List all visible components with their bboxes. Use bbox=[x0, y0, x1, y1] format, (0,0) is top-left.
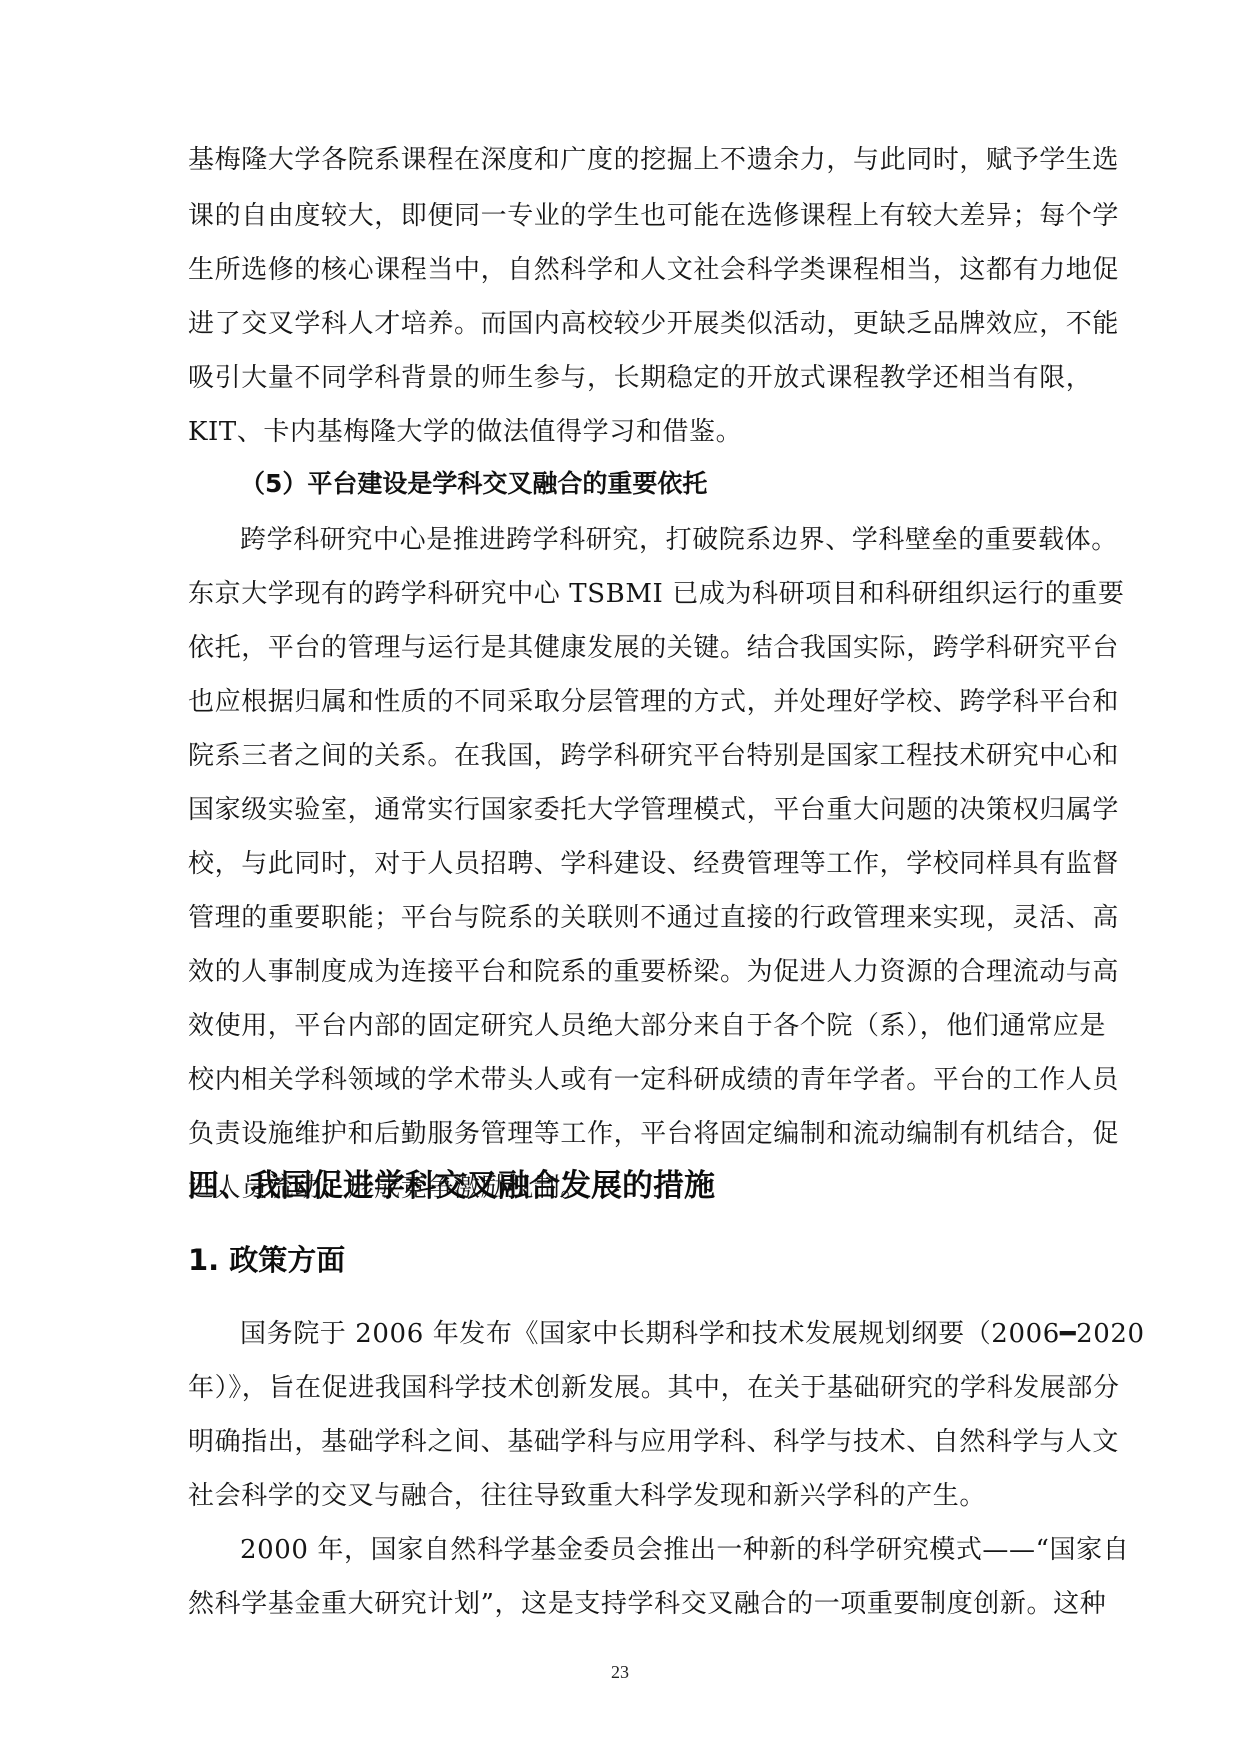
text-line: KIT、卡内基梅隆大学的做法值得学习和借鉴。 bbox=[188, 414, 1058, 450]
subheading-platform-construction: （5）平台建设是学科交叉融合的重要依托 bbox=[240, 466, 707, 502]
text-line: 国家级实验室，通常实行国家委托大学管理模式，平台重大问题的决策权归属学 bbox=[188, 792, 1058, 828]
text-line: 社会科学的交叉与融合，往往导致重大科学发现和新兴学科的产生。 bbox=[188, 1478, 1058, 1514]
text-line: 东京大学现有的跨学科研究中心 TSBMI 已成为科研项目和科研组织运行的重要 bbox=[188, 576, 1058, 612]
text-line: 负责设施维护和后勤服务管理等工作，平台将固定编制和流动编制有机结合，促 bbox=[188, 1116, 1058, 1152]
text-line: 跨学科研究中心是推进跨学科研究，打破院系边界、学科壁垒的重要载体。 bbox=[240, 522, 1058, 558]
text-line: 也应根据归属和性质的不同采取分层管理的方式，并处理好学校、跨学科平台和 bbox=[188, 684, 1058, 720]
text-line: 国务院于 2006 年发布《国家中长期科学和技术发展规划纲要（2006━2020 bbox=[240, 1316, 1058, 1352]
text-line: 院系三者之间的关系。在我国，跨学科研究平台特别是国家工程技术研究中心和 bbox=[188, 738, 1058, 774]
text-line: 吸引大量不同学科背景的师生参与，长期稳定的开放式课程教学还相当有限， bbox=[188, 360, 1058, 396]
text-line: 进了交叉学科人才培养。而国内高校较少开展类似活动，更缺乏品牌效应，不能 bbox=[188, 306, 1058, 342]
text-line: 校，与此同时，对于人员招聘、学科建设、经费管理等工作，学校同样具有监督 bbox=[188, 846, 1058, 882]
text-line: 课的自由度较大，即便同一专业的学生也可能在选修课程上有较大差异；每个学 bbox=[188, 198, 1058, 234]
section-heading: 四、我国促进学科交叉融合发展的措施 bbox=[188, 1164, 715, 1208]
document-page: 基梅隆大学各院系课程在深度和广度的挖掘上不遗余力，与此同时，赋予学生选 课的自由… bbox=[0, 0, 1240, 1753]
text-line: 生所选修的核心课程当中，自然科学和人文社会科学类课程相当，这都有力地促 bbox=[188, 252, 1058, 288]
text-line: 管理的重要职能；平台与院系的关联则不通过直接的行政管理来实现，灵活、高 bbox=[188, 900, 1058, 936]
text-line: 基梅隆大学各院系课程在深度和广度的挖掘上不遗余力，与此同时，赋予学生选 bbox=[188, 142, 1058, 178]
subsection-heading-policy: 1. 政策方面 bbox=[188, 1240, 345, 1280]
page-number: 23 bbox=[0, 1662, 1240, 1683]
text-line: 2000 年，国家自然科学基金委员会推出一种新的科学研究模式——“国家自 bbox=[240, 1532, 1058, 1568]
text-line: 然科学基金重大研究计划”，这是支持学科交叉融合的一项重要制度创新。这种 bbox=[188, 1586, 1058, 1622]
text-line: 明确指出，基础学科之间、基础学科与应用学科、科学与技术、自然科学与人文 bbox=[188, 1424, 1058, 1460]
text-line: 效使用，平台内部的固定研究人员绝大部分来自于各个院（系），他们通常应是 bbox=[188, 1008, 1058, 1044]
text-line: 校内相关学科领域的学术带头人或有一定科研成绩的青年学者。平台的工作人员 bbox=[188, 1062, 1058, 1098]
text-line: 年）》，旨在促进我国科学技术创新发展。其中，在关于基础研究的学科发展部分 bbox=[188, 1370, 1058, 1406]
text-line: 效的人事制度成为连接平台和院系的重要桥梁。为促进人力资源的合理流动与高 bbox=[188, 954, 1058, 990]
text-line: 依托，平台的管理与运行是其健康发展的关键。结合我国实际，跨学科研究平台 bbox=[188, 630, 1058, 666]
